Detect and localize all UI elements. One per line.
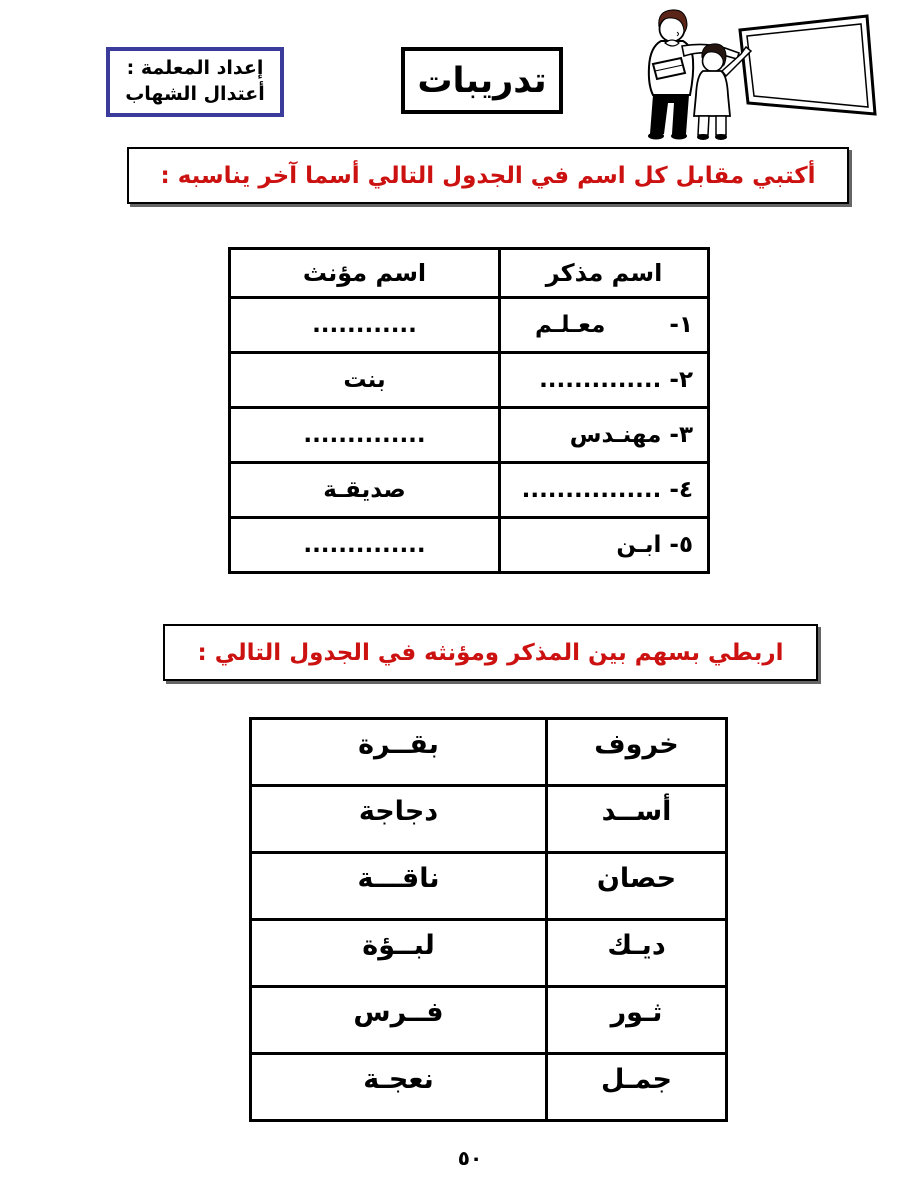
instruction-banner-2: اربطي بسهم بين المذكر ومؤنثه في الجدول ا… xyxy=(163,624,818,681)
masculine-cell: ٢- .............. xyxy=(500,353,709,408)
worksheet-page: إعداد المعلمة : أعتدال الشهاب تدريبات xyxy=(0,0,900,1200)
student-figure xyxy=(694,44,751,140)
feminine-cell: .............. xyxy=(230,518,500,573)
noun-fill-table: اسم مذكر اسم مؤنث ١- معـلـم ............… xyxy=(228,247,710,574)
masculine-cell: ٥- ابـن xyxy=(500,518,709,573)
feminine-cell: فــرس xyxy=(251,987,547,1054)
table-row: ثـور فــرس xyxy=(251,987,727,1054)
matching-table: خروف بقــرة أســد دجاجة حصان ناقـــة ديـ… xyxy=(249,717,728,1122)
feminine-header-cell: اسم مؤنث xyxy=(230,249,500,298)
page-number: ٥٠ xyxy=(0,1146,900,1170)
page-title-box: تدريبات xyxy=(401,47,563,114)
feminine-cell: بنت xyxy=(230,353,500,408)
masculine-cell: أســد xyxy=(547,786,727,853)
feminine-cell: لبــؤة xyxy=(251,920,547,987)
table-header-row: اسم مذكر اسم مؤنث xyxy=(230,249,709,298)
table-row: جمـل نعجـة xyxy=(251,1054,727,1121)
masculine-cell: خروف xyxy=(547,719,727,786)
table-row: ديـك لبــؤة xyxy=(251,920,727,987)
masculine-cell: ٣- مهنـدس xyxy=(500,408,709,463)
table-row: ٥- ابـن .............. xyxy=(230,518,709,573)
page-title: تدريبات xyxy=(417,61,546,101)
table-row: أســد دجاجة xyxy=(251,786,727,853)
feminine-cell: .............. xyxy=(230,408,500,463)
instruction-1-text: أكتبي مقابل كل اسم في الجدول التالي أسما… xyxy=(161,163,816,189)
table-row: خروف بقــرة xyxy=(251,719,727,786)
table-row: ٣- مهنـدس .............. xyxy=(230,408,709,463)
table-row: ٢- .............. بنت xyxy=(230,353,709,408)
masculine-cell: حصان xyxy=(547,853,727,920)
feminine-cell: بقــرة xyxy=(251,719,547,786)
teacher-student-illustration xyxy=(613,3,891,148)
feminine-cell: نعجـة xyxy=(251,1054,547,1121)
whiteboard-inner xyxy=(747,24,868,107)
masculine-cell: ديـك xyxy=(547,920,727,987)
instruction-2-text: اربطي بسهم بين المذكر ومؤنثه في الجدول ا… xyxy=(198,640,784,666)
masculine-cell: ٤- ................ xyxy=(500,463,709,518)
feminine-cell: ناقـــة xyxy=(251,853,547,920)
masculine-cell: ثـور xyxy=(547,987,727,1054)
feminine-cell: صديقـة xyxy=(230,463,500,518)
feminine-cell: ............ xyxy=(230,298,500,353)
masculine-header-cell: اسم مذكر xyxy=(500,249,709,298)
masculine-cell: جمـل xyxy=(547,1054,727,1121)
instruction-banner-1: أكتبي مقابل كل اسم في الجدول التالي أسما… xyxy=(127,147,849,204)
teacher-credit-box: إعداد المعلمة : أعتدال الشهاب xyxy=(106,47,284,117)
teacher-credit-line2: أعتدال الشهاب xyxy=(125,82,265,108)
table-row: ٤- ................ صديقـة xyxy=(230,463,709,518)
table-row: حصان ناقـــة xyxy=(251,853,727,920)
masculine-cell: ١- معـلـم xyxy=(500,298,709,353)
feminine-cell: دجاجة xyxy=(251,786,547,853)
teacher-credit-line1: إعداد المعلمة : xyxy=(127,56,264,82)
table-row: ١- معـلـم ............ xyxy=(230,298,709,353)
